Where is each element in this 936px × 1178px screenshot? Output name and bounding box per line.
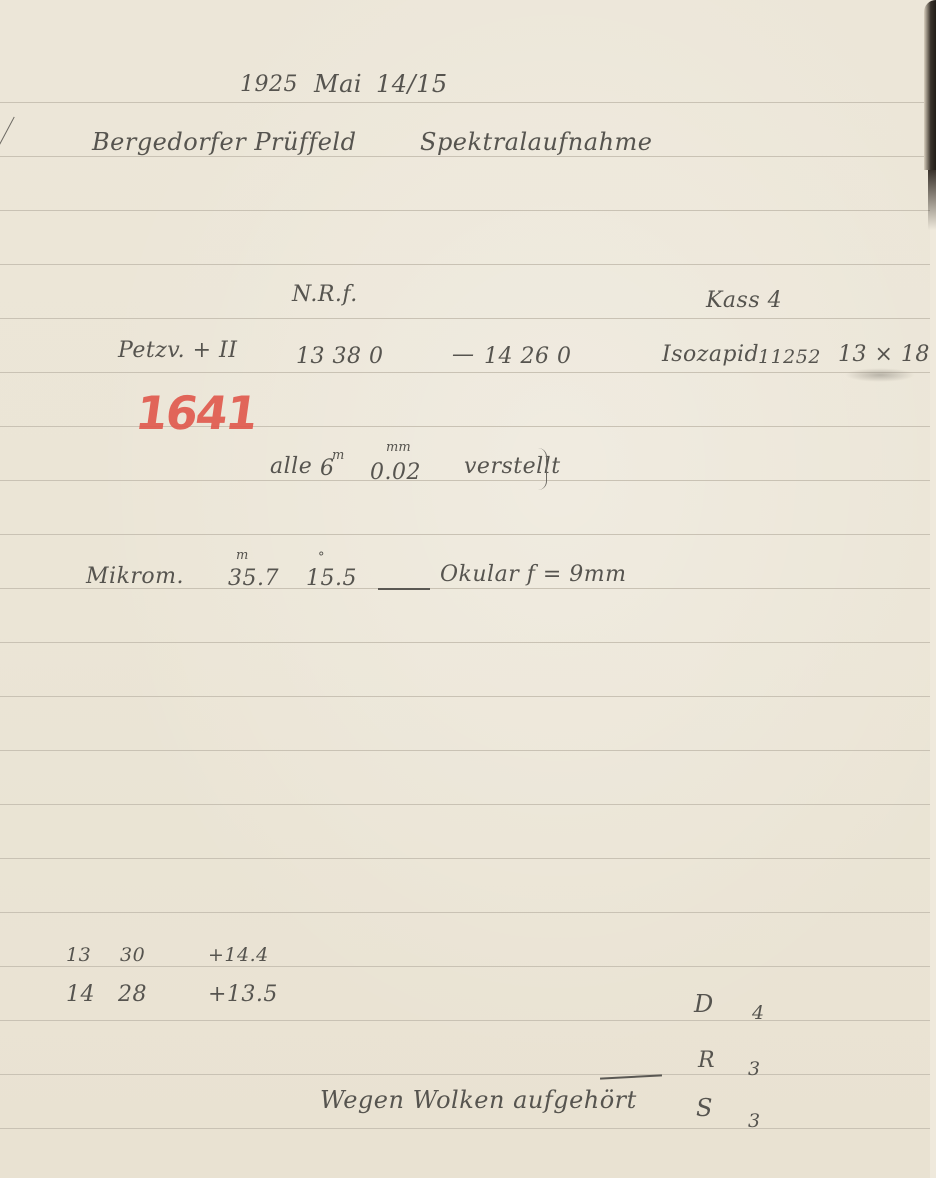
rule-line: [0, 912, 930, 913]
rule-line: [0, 156, 930, 157]
micrometer-reading-unit: m: [236, 548, 248, 563]
instrument-label: N.R.f.: [292, 282, 358, 307]
plate-id-red: 1641: [132, 386, 260, 440]
rule-line: [0, 750, 930, 751]
rule-line: [0, 858, 930, 859]
plate-type: Isozapid: [662, 342, 759, 367]
rule-line: [0, 1074, 930, 1075]
rule-line: [0, 480, 930, 481]
micrometer-reading: 35.7: [228, 566, 279, 591]
temp-log-temp: +14.4: [208, 944, 269, 966]
adjustment-interval-unit: m: [332, 448, 344, 463]
temp-log-minute: 28: [118, 982, 147, 1007]
time-end: 14 26 0: [484, 344, 571, 369]
rule-line: [0, 804, 930, 805]
header-year: 1925: [240, 72, 298, 97]
temp-log-hour: 13: [66, 944, 91, 966]
rule-line: [0, 966, 930, 967]
micrometer-label: Mikrom.: [86, 564, 184, 589]
rating-label: R: [698, 1048, 715, 1073]
note-arrow-stroke: [600, 1074, 662, 1079]
adjustment-value-unit: mm: [386, 440, 411, 455]
smudge: [845, 368, 915, 382]
rule-line: [0, 264, 930, 265]
cassette-label: Kass 4: [706, 288, 782, 313]
rule-line: [0, 1128, 930, 1129]
objective-label: Petzv. + II: [118, 338, 237, 363]
rule-line: [0, 642, 930, 643]
rule-line: [0, 1020, 930, 1021]
rule-line: [0, 318, 930, 319]
rule-line: [0, 102, 930, 103]
adjustment-value: 0.02: [370, 460, 421, 485]
micrometer-temperature: 15.5: [306, 566, 357, 591]
rule-line: [0, 210, 930, 211]
rating-label: S: [696, 1094, 713, 1122]
header-location: Bergedorfer Prüffeld: [92, 128, 356, 156]
margin-pencil-mark: [0, 117, 27, 158]
adjustment-alle: alle: [270, 454, 312, 479]
note-text: Wegen Wolken aufgehört: [320, 1086, 637, 1114]
plate-size: 13 × 18: [838, 342, 930, 367]
rule-line: [0, 372, 930, 373]
separator-stroke: [378, 588, 430, 590]
header-days: 14/15: [376, 70, 448, 98]
temp-log-hour: 14: [66, 982, 95, 1007]
rating-label: D: [694, 990, 714, 1018]
brace-mark: [538, 448, 547, 490]
rating-value: 3: [748, 1058, 761, 1080]
temp-log-minute: 30: [120, 944, 145, 966]
header-month: Mai: [314, 70, 362, 98]
rating-value: 3: [748, 1110, 761, 1132]
ocular-label: Okular f = 9mm: [440, 562, 626, 587]
time-start: 13 38 0: [296, 344, 383, 369]
time-dash: —: [452, 342, 475, 367]
notebook-binding-edge-fade: [928, 170, 936, 230]
notebook-binding-edge: [924, 0, 936, 170]
rule-line: [0, 696, 930, 697]
rule-line: [0, 534, 930, 535]
micrometer-temperature-unit: °: [318, 550, 325, 565]
plate-number: 11252: [758, 346, 821, 368]
temp-log-temp: +13.5: [208, 982, 278, 1007]
header-subject: Spektralaufnahme: [420, 128, 652, 156]
notebook-page: 1925 Mai 14/15 Bergedorfer Prüffeld Spek…: [0, 0, 930, 1178]
rating-value: 4: [752, 1002, 765, 1024]
